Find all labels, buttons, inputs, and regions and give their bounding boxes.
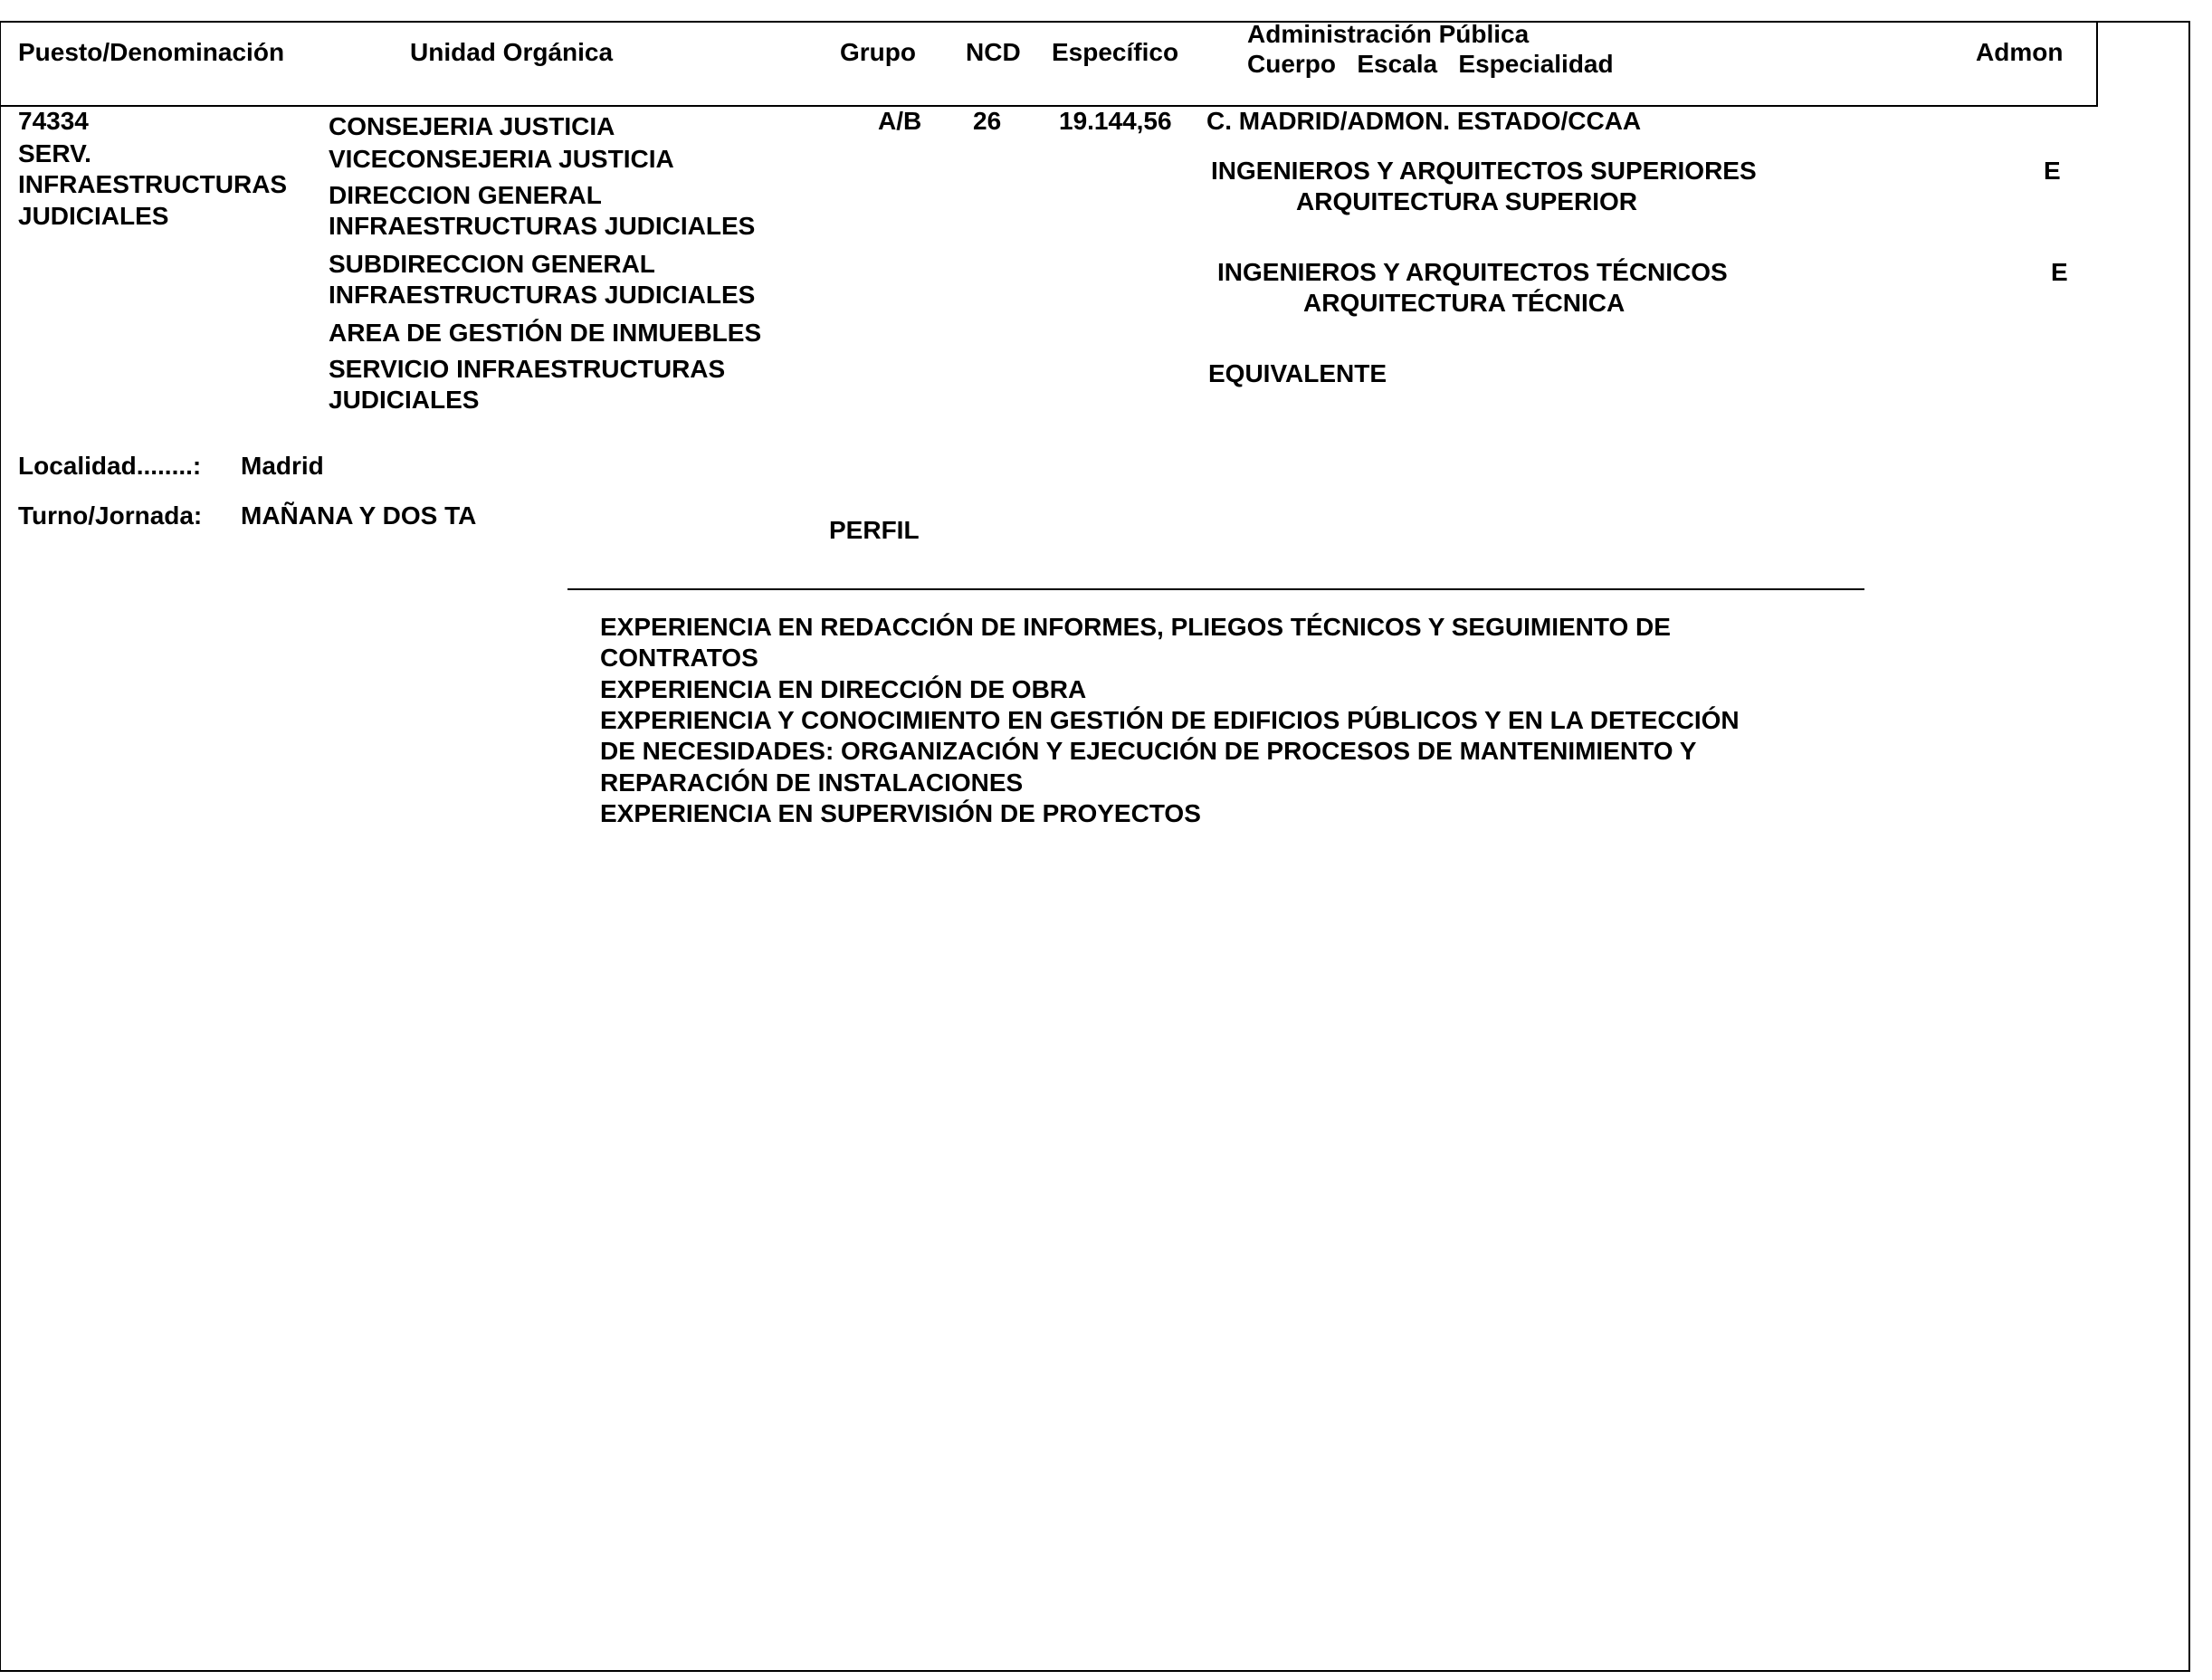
perfil-line: DE NECESIDADES: ORGANIZACIÓN Y EJECUCIÓN… xyxy=(600,739,1696,764)
cuerpo-admon: E xyxy=(2051,260,2068,285)
unidad-organica-line: DIRECCION GENERAL xyxy=(329,183,602,208)
cuerpo-especialidad: ARQUITECTURA SUPERIOR xyxy=(1296,189,1637,215)
perfil-divider xyxy=(567,588,1864,590)
administracion-publica-value: C. MADRID/ADMON. ESTADO/CCAA xyxy=(1206,109,1641,134)
unidad-organica-line: SUBDIRECCION GENERAL xyxy=(329,252,655,277)
perfil-line: CONTRATOS xyxy=(600,645,758,671)
perfil-line: EXPERIENCIA EN REDACCIÓN DE INFORMES, PL… xyxy=(600,615,1671,640)
puesto-denominacion-line: SERV. xyxy=(18,141,91,167)
puesto-codigo: 74334 xyxy=(18,109,89,134)
cuerpo-name: INGENIEROS Y ARQUITECTOS SUPERIORES xyxy=(1211,158,1757,184)
header-especifico: Específico xyxy=(1052,40,1178,65)
unidad-organica-line: AREA DE GESTIÓN DE INMUEBLES xyxy=(329,320,761,346)
unidad-organica-line: SERVICIO INFRAESTRUCTURAS xyxy=(329,357,725,382)
header-unidad-organica: Unidad Orgánica xyxy=(410,40,613,65)
grupo-value: A/B xyxy=(878,109,921,134)
cuerpo-especialidad: ARQUITECTURA TÉCNICA xyxy=(1303,291,1625,316)
perfil-line: EXPERIENCIA EN SUPERVISIÓN DE PROYECTOS xyxy=(600,801,1201,826)
cuerpo-admon: E xyxy=(2044,158,2061,184)
perfil-line: EXPERIENCIA Y CONOCIMIENTO EN GESTIÓN DE… xyxy=(600,708,1740,733)
header-admon: Admon xyxy=(1976,40,2063,65)
turno-label: Turno/Jornada: xyxy=(18,503,202,529)
header-puesto: Puesto/Denominación xyxy=(18,40,284,65)
ncd-value: 26 xyxy=(973,109,1001,134)
header-ncd: NCD xyxy=(966,40,1021,65)
header-cuerpo-escala-especialidad: Cuerpo Escala Especialidad xyxy=(1247,52,1614,77)
header-administracion-publica: Administración Pública xyxy=(1247,22,1529,47)
especifico-value: 19.144,56 xyxy=(1059,109,1172,134)
perfil-label: PERFIL xyxy=(829,518,920,543)
perfil-line: REPARACIÓN DE INSTALACIONES xyxy=(600,770,1023,796)
turno-value: MAÑANA Y DOS TA xyxy=(241,503,476,529)
unidad-organica-line: JUDICIALES xyxy=(329,387,479,413)
header-grupo: Grupo xyxy=(840,40,916,65)
unidad-organica-line: INFRAESTRUCTURAS JUDICIALES xyxy=(329,214,755,239)
unidad-organica-line: VICECONSEJERIA JUSTICIA xyxy=(329,147,674,172)
cuerpo-name: INGENIEROS Y ARQUITECTOS TÉCNICOS xyxy=(1217,260,1728,285)
unidad-organica-line: CONSEJERIA JUSTICIA xyxy=(329,114,615,139)
puesto-denominacion-line: JUDICIALES xyxy=(18,204,168,229)
localidad-label: Localidad........: xyxy=(18,453,201,479)
cuerpo-name: EQUIVALENTE xyxy=(1208,361,1387,387)
table-header xyxy=(0,21,2098,107)
perfil-line: EXPERIENCIA EN DIRECCIÓN DE OBRA xyxy=(600,677,1086,702)
unidad-organica-line: INFRAESTRUCTURAS JUDICIALES xyxy=(329,282,755,308)
puesto-denominacion-line: INFRAESTRUCTURAS xyxy=(18,172,287,197)
localidad-value: Madrid xyxy=(241,453,324,479)
